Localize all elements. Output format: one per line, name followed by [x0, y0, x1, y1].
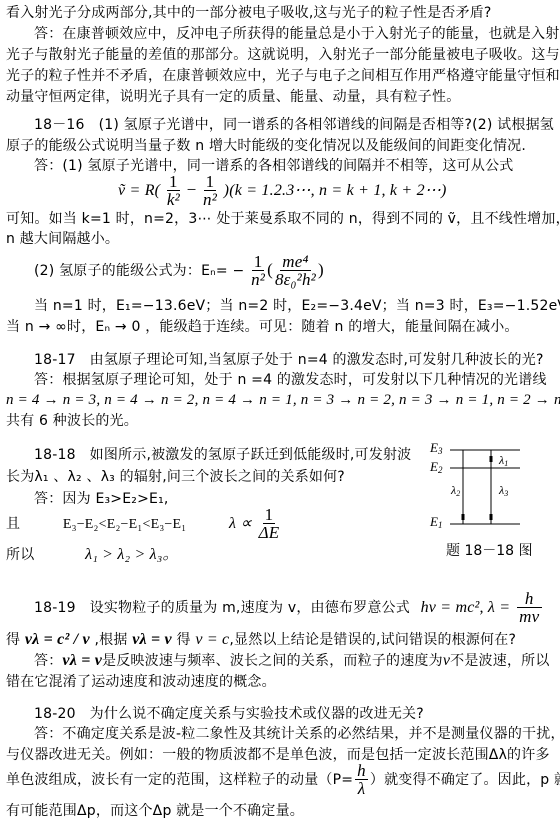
- fraction: 1 n²: [203, 173, 217, 209]
- question-number: 18-17: [34, 352, 76, 368]
- question-18-18: 18-18 如图所示,被激发的氢原子跃迁到低能级时,可发射波: [34, 446, 411, 464]
- question-number: 18-19: [34, 600, 76, 616]
- question-number: 18-20: [34, 706, 76, 722]
- question-text: 由氢原子理论可知,当氢原子处于 n=4 的激发态时,可发射几种波长的光?: [90, 352, 544, 368]
- question-number: 18-18: [34, 447, 76, 463]
- question-text: 设实物粒子的质量为 m,速度为 v，由德布罗意公式: [90, 600, 410, 616]
- figure-caption: 题 18－18 图: [446, 540, 533, 560]
- answer-line: 单色波组成，波长有一定的范围，这样粒子的动量（P=hλ）就变得不确定了。因此，p…: [6, 762, 560, 798]
- fraction: 1 n²: [251, 253, 265, 289]
- answer-line: 答：在康普顿效应中，反冲电子所获得的能量总是小于入射光子的能量，也就是入射: [34, 25, 559, 43]
- rydberg-formula: ṽ = R( 1 k² − 1 n² )(k = 1.2.3⋯, n = k +…: [118, 172, 447, 209]
- energy-level-formula: (2) 氢原子的能级公式为：Eₙ= − 1 n² ( me⁴ 8ε₀²h² ): [34, 252, 324, 289]
- answer-line: 可知。如当 k=1 时，n=2，3⋯ 处于莱曼系取不同的 n，得到不同的 ṽ，且…: [6, 210, 560, 228]
- answer-line: 当 n → ∞时，Eₙ → 0 ，能级趋于连续。可见：随着 n 的增大，能量间隔…: [6, 318, 519, 336]
- level-label-e3: E3: [429, 442, 443, 456]
- energy-level-diagram: E3 E2 E1 λ1 λ2 λ3: [428, 442, 553, 550]
- question-text: 长为λ₁ 、λ₂ 、λ₃ 的辐射,问三个波长之间的关系如何?: [6, 468, 345, 486]
- arrow-label-lambda2: λ2: [450, 483, 460, 498]
- answer-line: 答：不确定度关系是波-粒二象性及其统计关系的必然结果，并不是测量仪器的干扰，: [34, 725, 560, 743]
- answer-line: n 越大间隔越小。: [6, 230, 119, 248]
- fraction: me⁴ 8ε₀²h²: [275, 253, 316, 289]
- question-18-16: 18－16 (1) 氢原子光谱中，同一谱系的各相邻谱线的间隔是否相等?(2) 试…: [34, 116, 554, 134]
- answer-line: 共有 6 种波长的光。: [6, 412, 138, 430]
- transitions-list: n = 4 → n = 3, n = 4 → n = 2, n = 4 → n …: [6, 391, 560, 409]
- answer-line: 光子与散射光子能量的差值的那部分。这就说明，入射光子一部分能量被电子吸收。这与: [6, 46, 560, 64]
- question-text: 为什么说不确定度关系与实验技术或仪器的改进无关?: [90, 706, 424, 722]
- answer-line: 错在它混淆了运动速度和波动速度的概念。: [6, 673, 276, 691]
- result-line: 所以 λ₁ > λ₂ > λ₃。: [6, 546, 179, 564]
- question-tail: 看入射光子分成两部分,其中的一部分被电子吸收,这与光子的粒子性是否矛盾?: [6, 4, 492, 22]
- fraction: h mv: [517, 590, 542, 626]
- question-18-20: 18-20 为什么说不确定度关系与实验技术或仪器的改进无关?: [34, 705, 424, 723]
- question-text: 原子的能级公式说明当量子数 n 增大时能级的变化情况以及能级间的间距变化情况.: [6, 137, 526, 155]
- answer-line: 答：根据氢原子理论可知，处于 n =4 的激发态时，可发射以下几种情况的光谱线: [34, 371, 547, 389]
- fraction: 1 ΔE: [259, 506, 280, 542]
- question-text: 得 νλ = c² / v ,根据 νλ = v 得 v = c,显然以上结论是…: [6, 631, 516, 649]
- answer-line: 有可能范围Δp，而这个Δp 就是一个不确定量。: [6, 802, 304, 820]
- question-18-17: 18-17 由氢原子理论可知,当氢原子处于 n=4 的激发态时,可发射几种波长的…: [34, 351, 544, 369]
- fraction: hλ: [355, 762, 368, 798]
- question-text: (1) 氢原子光谱中，同一谱系的各相邻谱线的间隔是否相等?(2) 试根据氢: [99, 117, 554, 133]
- fraction: 1 k²: [167, 173, 180, 209]
- level-label-e1: E1: [429, 514, 442, 530]
- question-18-19: 18-19 设实物粒子的质量为 m,速度为 v，由德布罗意公式 hν = mc²…: [34, 590, 544, 626]
- inequality-line: 且 E₃−E₂<E₂−E₁<E₃−E₁ λ ∝ 1 ΔE: [6, 506, 281, 543]
- energy-values: 当 n=1 时，E₁=−13.6eV；当 n=2 时，E₂=−3.4eV；当 n…: [34, 297, 560, 315]
- level-label-e2: E2: [429, 459, 443, 475]
- question-number: 18－16: [34, 117, 85, 133]
- answer-line: 光子的粒子性并不矛盾，在康普顿效应中，光子与电子之间相互作用严格遵守能量守恒和: [6, 67, 560, 85]
- answer-line: 动量守恒两定律，说明光子具有一定的质量、能量、动量，具有粒子性。: [6, 88, 460, 106]
- arrow-label-lambda1: λ1: [498, 453, 508, 468]
- arrow-label-lambda3: λ3: [498, 483, 508, 498]
- question-text: 如图所示,被激发的氢原子跃迁到低能级时,可发射波: [90, 447, 412, 463]
- answer-line: 答：νλ = v是反映波速与频率、波长之间的关系，而粒子的速度为v不是波速，所以: [34, 652, 550, 670]
